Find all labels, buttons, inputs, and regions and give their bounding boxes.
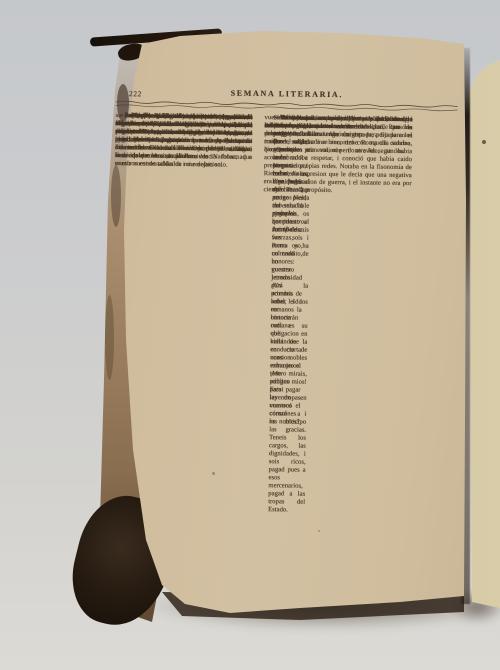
paragraph: —Caballero, le contestó seriamente Rienz… (115, 112, 253, 162)
page-speck (212, 472, 215, 475)
page-speck (318, 530, 320, 532)
left-column: sar las males que tenemos que comunicaro… (116, 112, 253, 115)
paragraph: —Ya veo que aceptais mi pensamiento, les… (264, 114, 412, 132)
text-columns: sar las males que tenemos que comunicaro… (116, 112, 416, 117)
header-title: SEMANA LITERARIA. (116, 87, 458, 101)
page-speck (482, 140, 486, 144)
printed-page-content: 222 SEMANA LITERARIA. sar las males que … (116, 86, 460, 118)
worn-edge-tear (105, 295, 114, 380)
right-column: vuestros hermanos; en la intelijencia de… (265, 114, 413, 117)
photo-open-book: 222 SEMANA LITERARIA. sar las males que … (0, 0, 500, 670)
worn-edge-tear (111, 165, 121, 227)
